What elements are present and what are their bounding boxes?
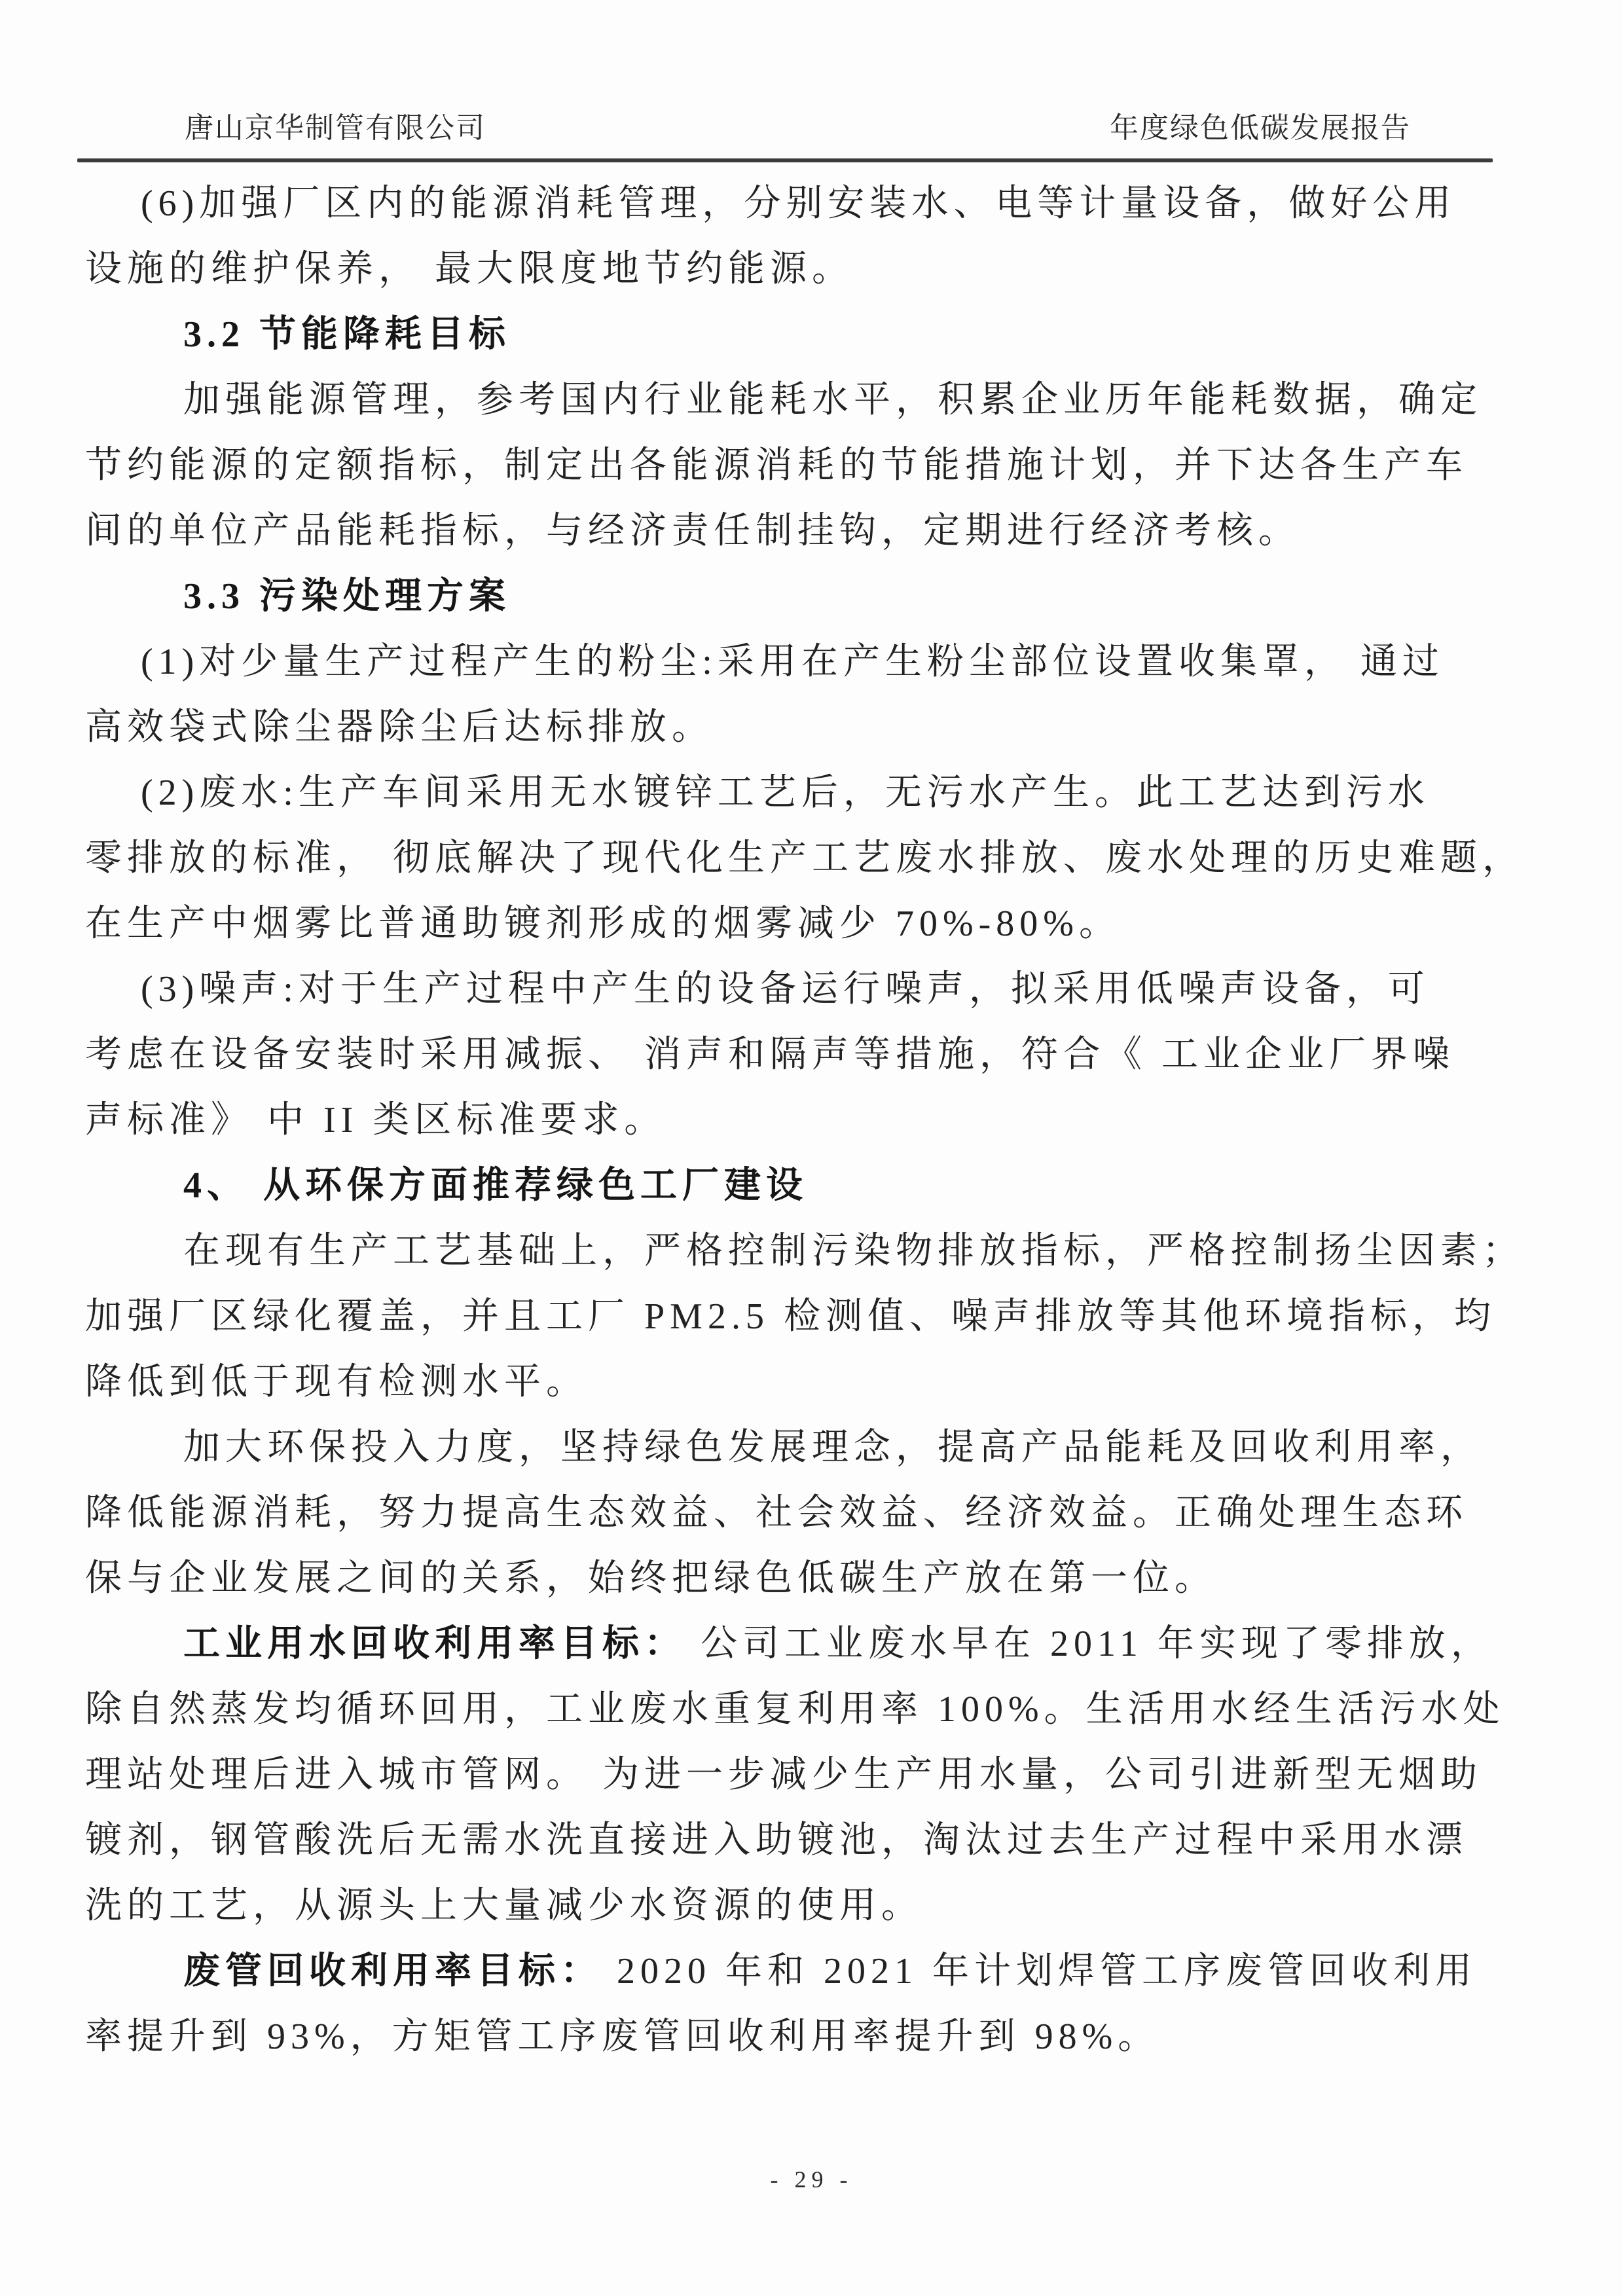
header-divider <box>77 158 1493 162</box>
header-company-name: 唐山京华制管有限公司 <box>85 110 486 147</box>
text-line: 除自然蒸发均循环回用，工业废水重复利用率 100%。生活用水经生活污水处 <box>85 1673 1535 1739</box>
line-text: 加大环保投入力度，坚持绿色发展理念，提高产品能耗及回收利用率， <box>183 1418 1482 1470</box>
line-text: 3.3 污染处理方案 <box>183 567 511 619</box>
text-line: 4、 从环保方面推荐绿色工厂建设 <box>85 1150 1535 1215</box>
line-text: 在生产中烟雾比普通助镀剂形成的烟雾减少 70%-80%。 <box>85 894 1121 947</box>
text-line: 设施的维护保养， 最大限度地节约能源。 <box>85 233 1535 299</box>
page-number: - 29 - <box>771 2166 853 2193</box>
line-text: 3.2 节能降耗目标 <box>183 305 511 357</box>
line-text: 加强能源管理，参考国内行业能耗水平，积累企业历年能耗数据，确定 <box>183 371 1482 423</box>
text-line: 降低到低于现有检测水平。 <box>85 1346 1535 1412</box>
text-line: 镀剂，钢管酸洗后无需水洗直接进入助镀池，淘汰过去生产过程中采用水漂 <box>85 1804 1535 1870</box>
text-line: 高效袋式除尘器除尘后达标排放。 <box>85 691 1535 757</box>
text-line: 工业用水回收利用率目标： 公司工业废水早在 2011 年实现了零排放， <box>85 1608 1535 1673</box>
text-line: (1)对少量生产过程产生的粉尘:采用在产生粉尘部位设置收集罩， 通过 <box>85 626 1535 691</box>
line-lead-bold: 废管回收利用率目标： <box>183 1942 602 1994</box>
text-line: 加强能源管理，参考国内行业能耗水平，积累企业历年能耗数据，确定 <box>85 364 1535 429</box>
line-text: 间的单位产品能耗指标，与经济责任制挂钩，定期进行经济考核。 <box>85 501 1300 554</box>
text-line: (6)加强厂区内的能源消耗管理，分别安装水、电等计量设备，做好公用 <box>85 168 1535 233</box>
text-line: 3.3 污染处理方案 <box>85 560 1535 626</box>
text-line: 废管回收利用率目标： 2020 年和 2021 年计划焊管工序废管回收利用 <box>85 1935 1535 2001</box>
line-text: 声标准》 中 II 类区标准要求。 <box>85 1091 666 1143</box>
line-text: 2020 年和 2021 年计划焊管工序废管回收利用 <box>602 1942 1477 1994</box>
header-report-title: 年度绿色低碳发展报告 <box>1110 110 1411 147</box>
text-line: 洗的工艺，从源头上大量减少水资源的使用。 <box>85 1870 1535 1935</box>
text-line: (3)噪声:对于生产过程中产生的设备运行噪声，拟采用低噪声设备，可 <box>85 953 1535 1019</box>
text-line: 间的单位产品能耗指标，与经济责任制挂钩，定期进行经济考核。 <box>85 495 1535 560</box>
line-text: (2)废水:生产车间采用无水镀锌工艺后，无污水产生。此工艺达到污水 <box>141 763 1430 816</box>
line-text: (3)噪声:对于生产过程中产生的设备运行噪声，拟采用低噪声设备，可 <box>141 960 1430 1012</box>
page-header: 唐山京华制管有限公司 年度绿色低碳发展报告 <box>85 110 1538 147</box>
line-text: 镀剂，钢管酸洗后无需水洗直接进入助镀池，淘汰过去生产过程中采用水漂 <box>85 1811 1468 1863</box>
text-line: 理站处理后进入城市管网。 为进一步减少生产用水量，公司引进新型无烟助 <box>85 1739 1535 1804</box>
line-text: 降低到低于现有检测水平。 <box>85 1353 588 1405</box>
line-text: 率提升到 93%，方矩管工序废管回收利用率提升到 98%。 <box>85 2007 1159 2060</box>
line-text: 在现有生产工艺基础上，严格控制污染物排放指标，严格控制扬尘因素； <box>183 1222 1524 1274</box>
text-line: 考虑在设备安装时采用减振、 消声和隔声等措施，符合《 工业企业厂界噪 <box>85 1019 1535 1084</box>
line-text: 4、 从环保方面推荐绿色工厂建设 <box>183 1156 808 1209</box>
text-line: 加强厂区绿化覆盖，并且工厂 PM2.5 检测值、噪声排放等其他环境指标，均 <box>85 1281 1535 1346</box>
document-body: (6)加强厂区内的能源消耗管理，分别安装水、电等计量设备，做好公用设施的维护保养… <box>85 168 1535 2066</box>
text-line: 在生产中烟雾比普通助镀剂形成的烟雾减少 70%-80%。 <box>85 888 1535 953</box>
text-line: 声标准》 中 II 类区标准要求。 <box>85 1084 1535 1150</box>
line-text: (1)对少量生产过程产生的粉尘:采用在产生粉尘部位设置收集罩， 通过 <box>141 632 1444 685</box>
line-text: 公司工业废水早在 2011 年实现了零排放， <box>686 1614 1493 1667</box>
text-line: 3.2 节能降耗目标 <box>85 299 1535 364</box>
text-line: 节约能源的定额指标，制定出各能源消耗的节能措施计划，并下达各生产车 <box>85 429 1535 495</box>
page-footer: - 29 - <box>0 2166 1623 2193</box>
line-text: (6)加强厂区内的能源消耗管理，分别安装水、电等计量设备，做好公用 <box>141 174 1456 227</box>
line-text: 高效袋式除尘器除尘后达标排放。 <box>85 698 714 750</box>
text-line: (2)废水:生产车间采用无水镀锌工艺后，无污水产生。此工艺达到污水 <box>85 757 1535 822</box>
line-text: 降低能源消耗，努力提高生态效益、社会效益、经济效益。正确处理生态环 <box>85 1484 1468 1536</box>
line-lead-bold: 工业用水回收利用率目标： <box>183 1614 686 1667</box>
line-text: 零排放的标准， 彻底解决了现代化生产工艺废水排放、废水处理的历史难题， <box>85 829 1524 881</box>
text-line: 降低能源消耗，努力提高生态效益、社会效益、经济效益。正确处理生态环 <box>85 1477 1535 1542</box>
line-text: 除自然蒸发均循环回用，工业废水重复利用率 100%。生活用水经生活污水处 <box>85 1680 1505 1732</box>
line-text: 理站处理后进入城市管网。 为进一步减少生产用水量，公司引进新型无烟助 <box>85 1745 1482 1798</box>
line-text: 节约能源的定额指标，制定出各能源消耗的节能措施计划，并下达各生产车 <box>85 436 1468 488</box>
text-line: 保与企业发展之间的关系，始终把绿色低碳生产放在第一位。 <box>85 1542 1535 1608</box>
text-line: 零排放的标准， 彻底解决了现代化生产工艺废水排放、废水处理的历史难题， <box>85 822 1535 888</box>
text-line: 加大环保投入力度，坚持绿色发展理念，提高产品能耗及回收利用率， <box>85 1412 1535 1477</box>
line-text: 设施的维护保养， 最大限度地节约能源。 <box>85 240 854 292</box>
document-page: 唐山京华制管有限公司 年度绿色低碳发展报告 (6)加强厂区内的能源消耗管理，分别… <box>0 0 1623 2296</box>
line-text: 加强厂区绿化覆盖，并且工厂 PM2.5 检测值、噪声排放等其他环境指标，均 <box>85 1287 1496 1339</box>
line-text: 保与企业发展之间的关系，始终把绿色低碳生产放在第一位。 <box>85 1549 1216 1601</box>
line-text: 考虑在设备安装时采用减振、 消声和隔声等措施，符合《 工业企业厂界噪 <box>85 1025 1455 1078</box>
text-line: 率提升到 93%，方矩管工序废管回收利用率提升到 98%。 <box>85 2001 1535 2066</box>
text-line: 在现有生产工艺基础上，严格控制污染物排放指标，严格控制扬尘因素； <box>85 1215 1535 1281</box>
line-text: 洗的工艺，从源头上大量减少水资源的使用。 <box>85 1876 923 1929</box>
